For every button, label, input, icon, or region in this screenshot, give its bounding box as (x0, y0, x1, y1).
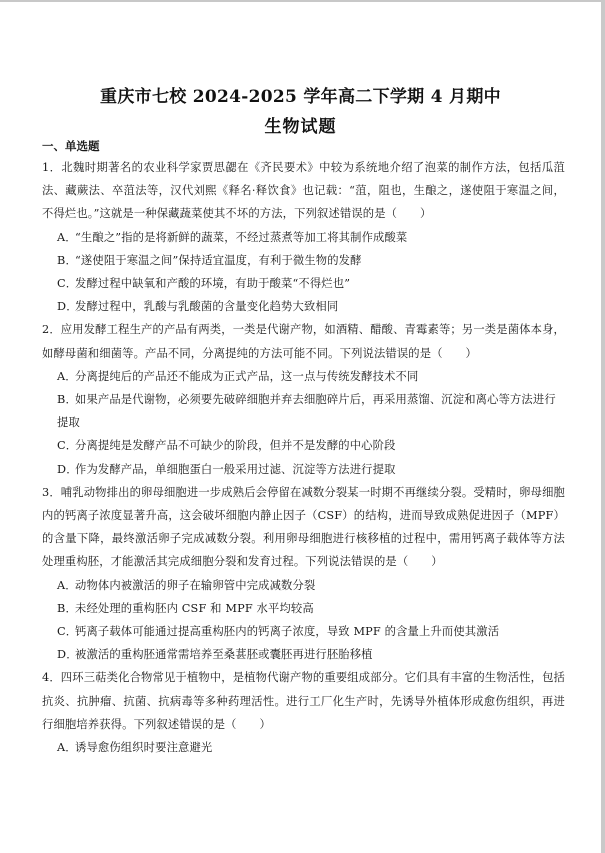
question-stem: 2．应用发酵工程生产的产品有两类，一类是代谢产物，如酒精、醋酸、青霉素等；另一类… (42, 318, 565, 364)
option-a: A．“生酿之”指的是将新鲜的蔬菜，不经过蒸煮等加工将其制作成酸菜 (42, 226, 565, 249)
question-1: 1．北魏时期著名的农业科学家贾思勰在《齐民要术》中较为系统地介绍了泡菜的制作方法… (42, 156, 565, 318)
option-list: A．动物体内被激活的卵子在输卵管中完成减数分裂 B．未经处理的重构胚内 CSF … (42, 574, 565, 667)
option-list: A．诱导愈伤组织时要注意避光 (42, 736, 565, 759)
option-c: C．分离提纯是发酵产品不可缺少的阶段，但并不是发酵的中心阶段 (42, 434, 565, 457)
option-list: A．分离提纯后的产品还不能成为正式产品，这一点与传统发酵技术不同 B．如果产品是… (42, 365, 565, 481)
document-title: 重庆市七校 2024-2025 学年高二下学期 4 月期中 (0, 82, 601, 107)
document-page: 重庆市七校 2024-2025 学年高二下学期 4 月期中 生物试题 一、单选题… (0, 0, 601, 853)
section-header: 一、单选题 (42, 138, 565, 154)
question-stem: 1．北魏时期著名的农业科学家贾思勰在《齐民要术》中较为系统地介绍了泡菜的制作方法… (42, 156, 565, 226)
question-3: 3．哺乳动物排出的卵母细胞进一步成熟后会停留在减数分裂某一时期不再继续分裂。受精… (42, 481, 565, 667)
option-d: D．被激活的重构胚通常需培养至桑葚胚或囊胚再进行胚胎移植 (42, 643, 565, 666)
option-c: C．发酵过程中缺氧和产酸的环境，有助于酸菜“不得烂也” (42, 272, 565, 295)
question-stem: 4．四环三萜类化合物常见于植物中，是植物代谢产物的重要组成部分。它们具有丰富的生… (42, 666, 565, 736)
option-a: A．分离提纯后的产品还不能成为正式产品，这一点与传统发酵技术不同 (42, 365, 565, 388)
viewer-scrollbar[interactable] (601, 0, 605, 853)
document-body: 一、单选题 1．北魏时期著名的农业科学家贾思勰在《齐民要术》中较为系统地介绍了泡… (42, 138, 565, 759)
option-list: A．“生酿之”指的是将新鲜的蔬菜，不经过蒸煮等加工将其制作成酸菜 B．“遂使阻于… (42, 226, 565, 319)
option-b: B．未经处理的重构胚内 CSF 和 MPF 水平均较高 (42, 597, 565, 620)
question-4: 4．四环三萜类化合物常见于植物中，是植物代谢产物的重要组成部分。它们具有丰富的生… (42, 666, 565, 759)
option-d: D．作为发酵产品，单细胞蛋白一般采用过滤、沉淀等方法进行提取 (42, 458, 565, 481)
question-stem: 3．哺乳动物排出的卵母细胞进一步成熟后会停留在减数分裂某一时期不再继续分裂。受精… (42, 481, 565, 574)
question-2: 2．应用发酵工程生产的产品有两类，一类是代谢产物，如酒精、醋酸、青霉素等；另一类… (42, 318, 565, 480)
option-a: A．动物体内被激活的卵子在输卵管中完成减数分裂 (42, 574, 565, 597)
option-a: A．诱导愈伤组织时要注意避光 (42, 736, 565, 759)
document-subtitle: 生物试题 (0, 112, 601, 137)
option-d: D．发酵过程中，乳酸与乳酸菌的含量变化趋势大致相同 (42, 295, 565, 318)
option-c: C．钙离子载体可能通过提高重构胚内的钙离子浓度，导致 MPF 的含量上升而使其激… (42, 620, 565, 643)
option-b: B．“遂使阻于寒温之间”保持适宜温度，有利于微生物的发酵 (42, 249, 565, 272)
option-b: B．如果产品是代谢物，必须要先破碎细胞并弃去细胞碎片后，再采用蒸馏、沉淀和离心等… (42, 388, 565, 434)
